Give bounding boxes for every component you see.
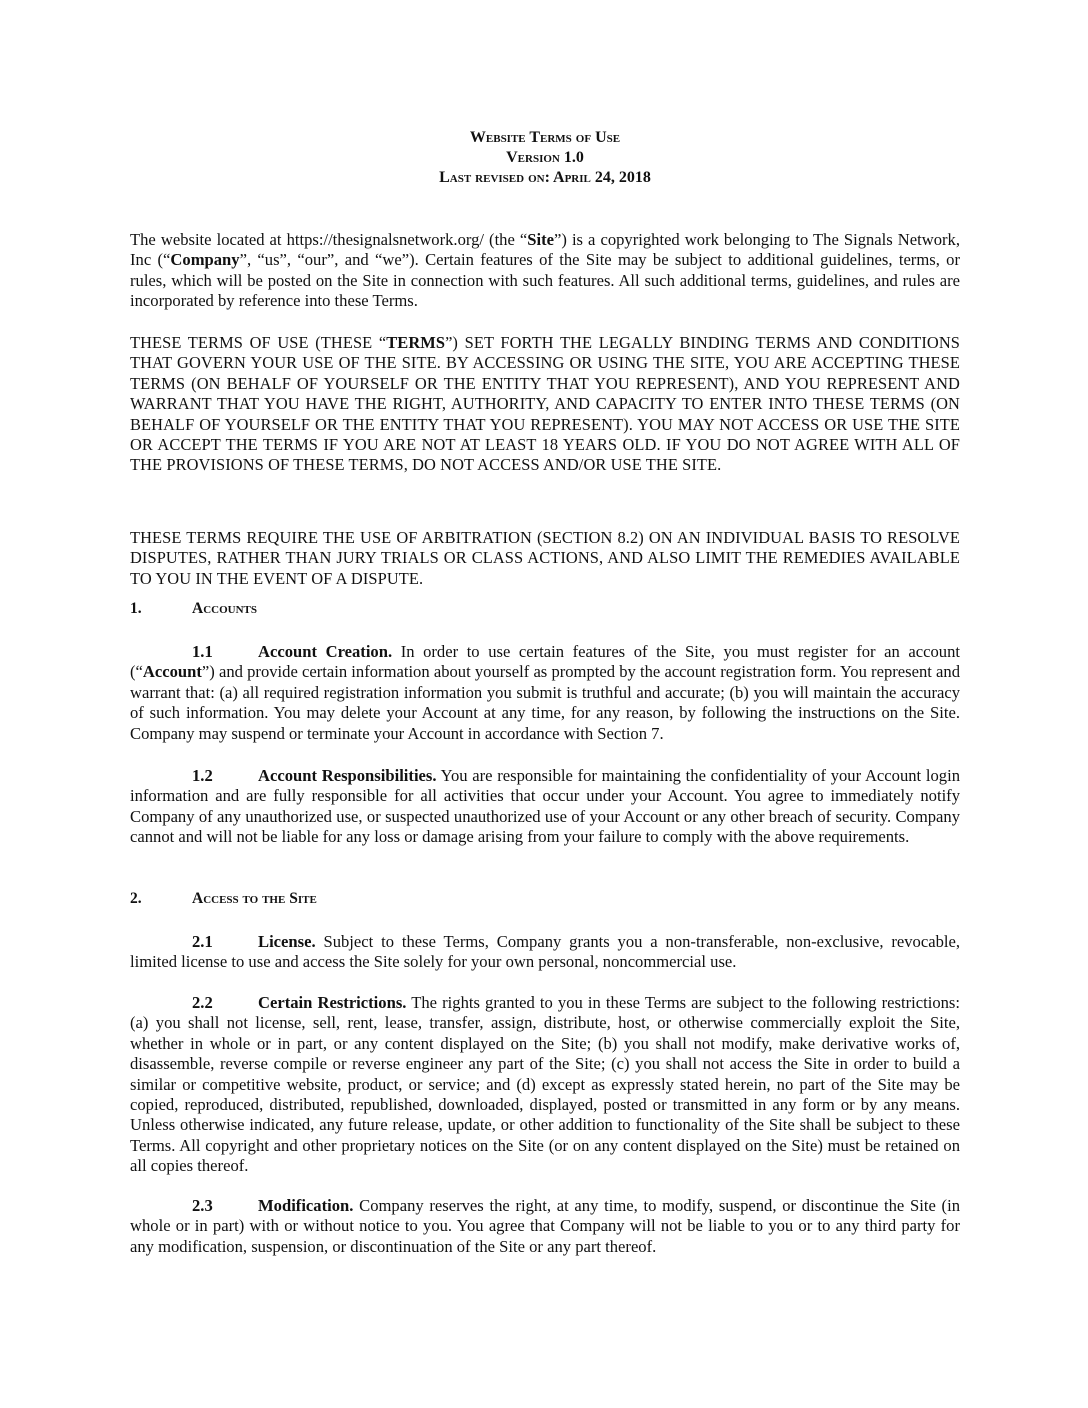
arbitration-paragraph: THESE TERMS REQUIRE THE USE OF ARBITRATI… (130, 528, 960, 589)
document-version: Version 1.0 (130, 148, 960, 168)
binding-terms-paragraph: THESE TERMS OF USE (THESE “TERMS”) SET F… (130, 333, 960, 476)
section-heading-accounts: 1.Accounts (130, 600, 257, 618)
subsection-account-responsibilities: 1.2Account Responsibilities. You are res… (130, 766, 960, 848)
subsection-license: 2.1License. Subject to these Terms, Comp… (130, 932, 960, 973)
subsection-certain-restrictions: 2.2Certain Restrictions. The rights gran… (130, 993, 960, 1177)
last-revised-date: Last revised on: April 24, 2018 (130, 168, 960, 188)
document-title: Website Terms of Use (130, 128, 960, 148)
document-title-block: Website Terms of Use Version 1.0 Last re… (130, 128, 960, 188)
subsection-modification: 2.3Modification. Company reserves the ri… (130, 1196, 960, 1257)
subsection-account-creation: 1.1Account Creation. In order to use cer… (130, 642, 960, 744)
intro-paragraph: The website located at https://thesignal… (130, 230, 960, 312)
section-heading-access-to-site: 2.Access to the Site (130, 890, 317, 908)
